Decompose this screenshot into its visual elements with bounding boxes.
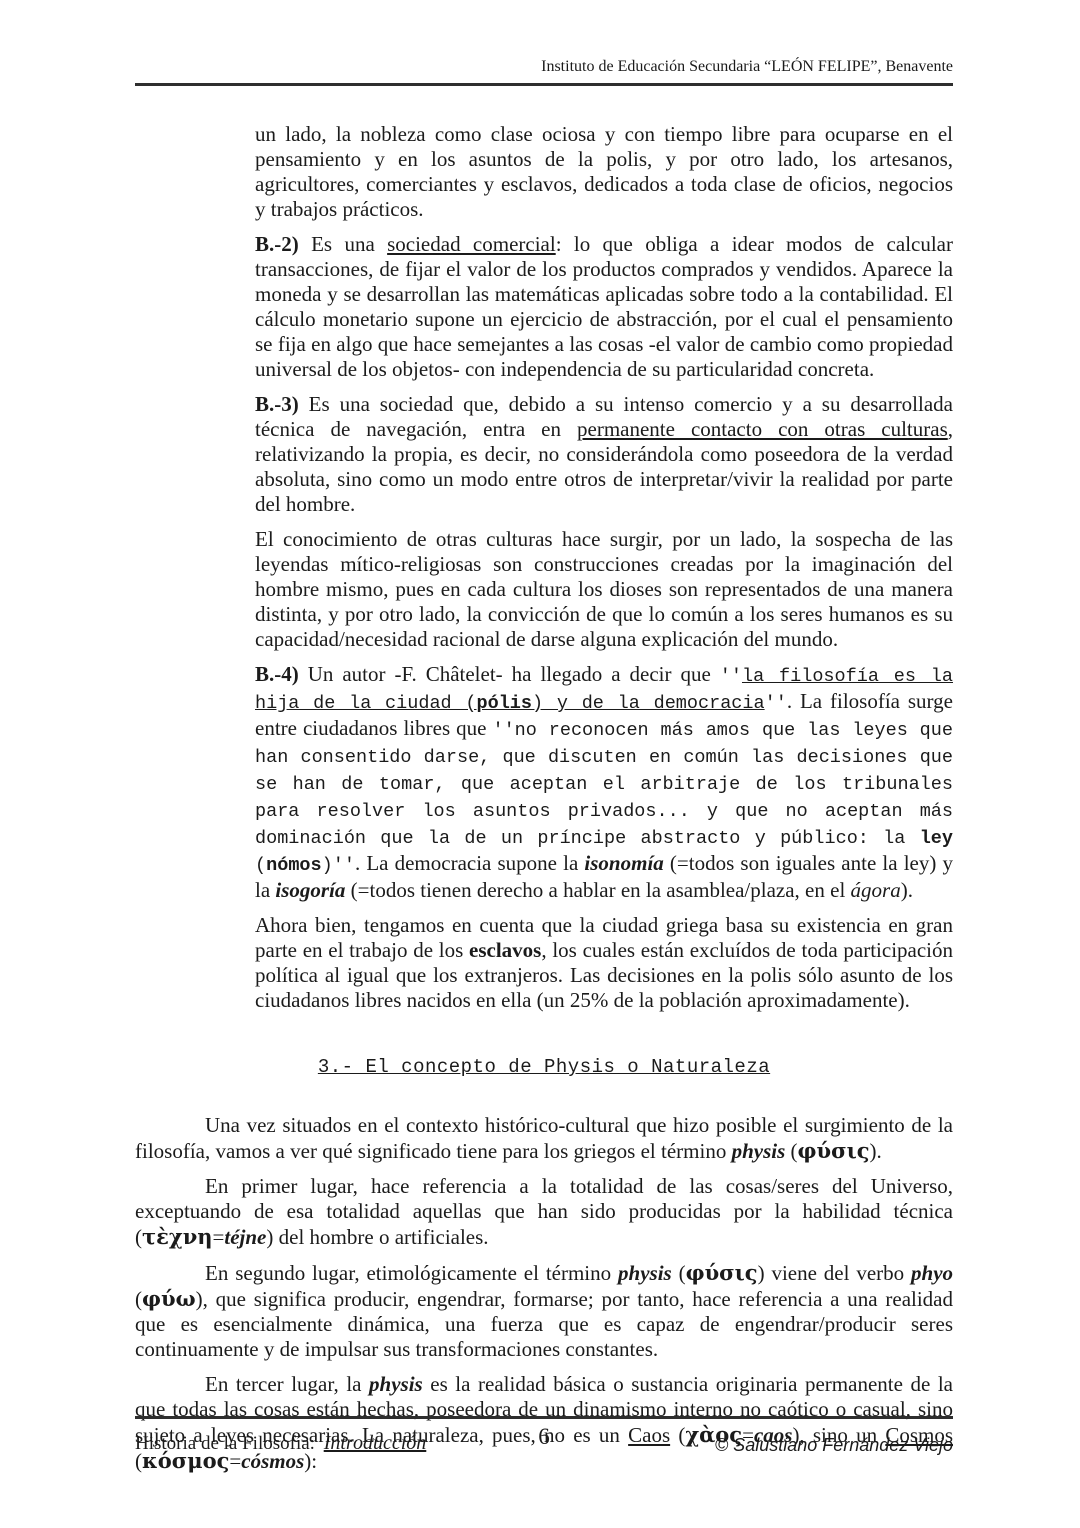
text-segment: ágora (851, 878, 901, 902)
text-segment: un lado, la nobleza como clase ociosa y … (255, 122, 953, 221)
paragraph-b3: B.-3) Es una sociedad que, debido a su i… (255, 392, 953, 517)
text-segment: ), que significa producir, engendrar, fo… (135, 1287, 953, 1361)
text-segment: ( (255, 855, 266, 876)
document-body: un lado, la nobleza como clase ociosa y … (135, 122, 953, 1484)
text-segment: B.-2) (255, 232, 299, 256)
paragraph-first-meaning: En primer lugar, hace referencia a la to… (135, 1174, 953, 1250)
footer-section-title: Introducción (324, 1432, 427, 1454)
text-segment: permanente contacto con otras culturas (577, 417, 948, 441)
text-segment: nómos (266, 855, 322, 876)
text-segment: 3.- El concepto de Physis o Naturaleza (318, 1056, 770, 1078)
paragraph-slaves: Ahora bien, tengamos en cuenta que la ci… (255, 913, 953, 1013)
text-segment: En tercer lugar, la (205, 1372, 369, 1396)
page-number: 6 (538, 1424, 550, 1450)
text-segment: '' (720, 666, 742, 687)
text-segment: physis (369, 1372, 423, 1396)
text-segment: ) y de la democracia (532, 693, 765, 714)
text-segment: ). (901, 878, 913, 902)
document-page: Instituto de Educación Secundaria “LEÓN … (0, 0, 1080, 1528)
text-segment: Un autor -F. Châtelet- ha llegado a deci… (299, 662, 720, 686)
paragraph-b2: B.-2) Es una sociedad comercial: lo que … (255, 232, 953, 382)
text-segment: ) viene del verbo (758, 1261, 911, 1285)
copyright-notice: © Salustiano Fernández Viejo (715, 1432, 953, 1456)
text-segment: φύω (142, 1286, 196, 1311)
text-segment: ( (672, 1261, 686, 1285)
text-segment: esclavos (469, 938, 541, 962)
text-segment: φύσις (686, 1260, 758, 1285)
text-segment: τὲχνη (142, 1224, 213, 1249)
text-segment: isonomía (584, 851, 663, 875)
text-segment: (=todos tienen derecho a hablar en la as… (345, 878, 850, 902)
paragraph-b4: B.-4) Un autor -F. Châtelet- ha llegado … (255, 662, 953, 903)
text-segment: ley (920, 828, 953, 849)
institution-name: Instituto de Educación Secundaria “LEÓN … (135, 0, 953, 77)
paragraph-physis-intro: Una vez situados en el contexto históric… (135, 1113, 953, 1164)
header-rule (135, 83, 953, 86)
text-segment: B.-3) (255, 392, 299, 416)
text-segment: En segundo lugar, etimológicamente el té… (205, 1261, 618, 1285)
footer-course-label: Historia de la Filosofía (135, 1433, 310, 1454)
paragraph-other-cultures: El conocimiento de otras culturas hace s… (255, 527, 953, 652)
text-segment: Es una (299, 232, 387, 256)
paragraph-second-meaning: En segundo lugar, etimológicamente el té… (135, 1260, 953, 1362)
text-segment: . La democracia supone la (355, 851, 584, 875)
text-segment: '' (765, 693, 787, 714)
text-segment: ( (135, 1287, 142, 1311)
page-footer: Historia de la Filosofía: Introducción 6… (135, 1416, 953, 1456)
text-segment: physis (618, 1261, 672, 1285)
text-segment: )'' (322, 855, 355, 876)
text-segment: B.-4) (255, 662, 299, 686)
footer-separator: : (310, 1433, 324, 1454)
text-segment: φύσις (798, 1138, 870, 1163)
text-segment: ) del hombre o artificiales. (266, 1225, 488, 1249)
footer-course: Historia de la Filosofía: Introducción (135, 1432, 426, 1455)
text-segment: isogoría (275, 878, 345, 902)
text-segment: El conocimiento de otras culturas hace s… (255, 527, 953, 651)
text-segment: sociedad comercial (387, 232, 556, 256)
text-segment: ( (785, 1139, 797, 1163)
text-segment: phyo (911, 1261, 953, 1285)
text-segment: physis (732, 1139, 786, 1163)
paragraph-continuation: un lado, la nobleza como clase ociosa y … (255, 122, 953, 222)
text-segment: ). (870, 1139, 882, 1163)
section-heading: 3.- El concepto de Physis o Naturaleza (135, 1053, 953, 1080)
page-header: Instituto de Educación Secundaria “LEÓN … (135, 0, 953, 86)
text-segment: pólis (477, 693, 533, 714)
text-segment: = (213, 1225, 225, 1249)
text-segment: téjne (224, 1225, 266, 1249)
